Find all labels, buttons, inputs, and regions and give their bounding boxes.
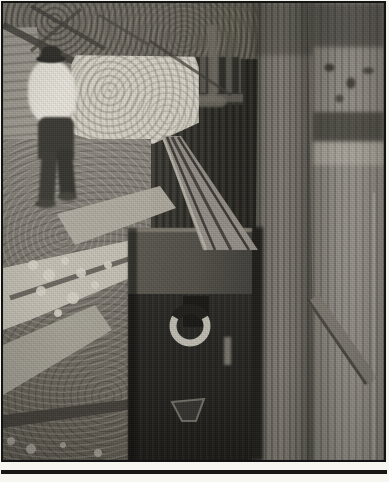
page [0,0,389,482]
vignette-overlay [3,3,384,460]
photograph [1,1,386,462]
bottom-rule [1,470,387,474]
